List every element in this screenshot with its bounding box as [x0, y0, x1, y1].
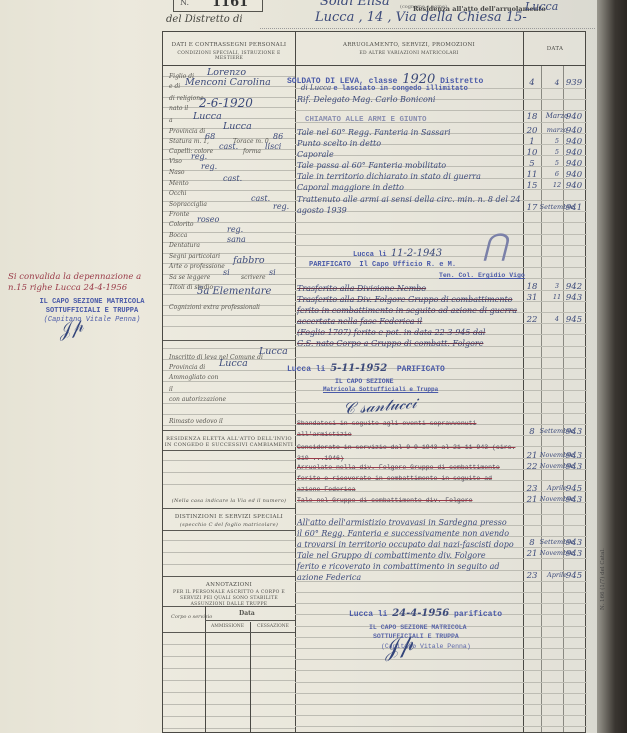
- margin-stamp: IL CAPO SEZIONE MATRICOLA SOTTUFFICIALI …: [22, 298, 162, 325]
- record-number: 1161: [212, 0, 248, 10]
- field-label-authorization: con autorizzazione: [169, 396, 226, 403]
- service-entry-text: Considerato in servizio dal 9-9-1943 al …: [297, 442, 521, 464]
- field-label-forehead: Fronte: [169, 211, 189, 218]
- field-value-reads: si: [223, 268, 230, 277]
- field-value-profession: fabbro: [233, 255, 265, 266]
- service-entry-text: Tale nel Gruppo di combattimento div. Fo…: [297, 551, 521, 560]
- entry-year: 940: [561, 148, 587, 158]
- distretto-label: del Distretto di: [166, 14, 243, 25]
- entry-year: 943: [561, 549, 587, 559]
- entry-year: 942: [561, 282, 587, 292]
- entry-year: 940: [561, 170, 587, 180]
- ruled-line: [163, 414, 295, 415]
- field-value-eyebrows: cast.: [251, 194, 270, 203]
- service-entry-text: Trasferito alla Divisione Nembo: [297, 284, 521, 293]
- residence-section-title: RESIDENZA ELETTA ALL'ATTO DELL'INVIO IN …: [163, 436, 295, 448]
- ruled-line: [163, 381, 295, 382]
- ruled-line: [163, 472, 295, 473]
- service-entry-text: a trovarsi in territorio occupato dai na…: [297, 540, 521, 549]
- section-divider: [163, 606, 295, 607]
- field-value-mother: Menconi Carolina: [185, 77, 271, 88]
- field-label-eyes: Occhi: [169, 190, 186, 197]
- entry-year: 943: [561, 293, 587, 303]
- field-label-writes: scrivere: [241, 274, 266, 281]
- entry-year: 943: [561, 451, 587, 461]
- service-entry-text: G.S. nato Corpo a Gruppo di combatt. Fol…: [297, 339, 521, 348]
- section-divider: [163, 508, 295, 509]
- entry-year: 945: [561, 315, 587, 325]
- margin-convalidation-note: Si convalida la depennazione a n.15 righ…: [8, 272, 158, 294]
- service-entry-1: di Lucca e lasciato in congedo illimitat…: [301, 84, 468, 93]
- section-divider: [163, 632, 295, 633]
- service-entry-text: Tale in territorio dichiarato in stato d…: [297, 172, 521, 181]
- field-value-forehead: reg.: [273, 202, 289, 211]
- field-label-complexion: Colorito: [169, 221, 194, 228]
- ruled-line: [163, 704, 295, 705]
- entry-year: 940: [561, 159, 587, 169]
- service-entry-text: All'atto dell'armistizio trovavasi in Sa…: [297, 518, 521, 527]
- ruled-line: [295, 603, 587, 604]
- entry-year: 940: [561, 181, 587, 191]
- field-value-mouth: reg.: [227, 225, 243, 234]
- service-entry-3: CHIAMATO ALLE ARMI E GIUNTO: [305, 116, 427, 124]
- ruled-line: [295, 222, 587, 223]
- field-value-nose: reg.: [201, 162, 217, 171]
- service-entry-text: azione Federica: [297, 573, 521, 582]
- entry-year: 940: [561, 126, 587, 136]
- ruled-line: [163, 540, 295, 541]
- service-entry-text: Tale nel Gruppo di combattimento div. Fo…: [297, 497, 521, 504]
- field-label-married: Ammogliato con: [169, 374, 218, 381]
- service-entry-text: Punto scelto in detto: [297, 139, 521, 148]
- field-label-mouth: Bocca: [169, 232, 187, 239]
- field-label-chin: Mento: [169, 180, 189, 187]
- field-value-province: Lucca: [223, 121, 252, 132]
- annotations-section-title: ANNOTAZIONI: [163, 582, 295, 588]
- personal-header-subtitle: CONDIZIONI SPECIALI, ISTRUZIONE E MESTIE…: [163, 51, 295, 61]
- column-divider: [295, 32, 296, 732]
- entry-year: 939: [561, 78, 587, 88]
- field-value-levy-comune: Lucca: [259, 346, 288, 357]
- field-value-birthplace: Lucca: [193, 111, 222, 122]
- ruled-line: [163, 326, 295, 327]
- entry-year: 940: [561, 112, 587, 122]
- section-divider: [163, 576, 295, 577]
- ruled-line: [163, 315, 295, 316]
- field-label-nose: Naso: [169, 169, 185, 176]
- ruled-line: [295, 357, 587, 358]
- service-entry-text: Caporale: [297, 150, 521, 159]
- ruled-line: [163, 564, 295, 565]
- section-divider: [163, 430, 295, 431]
- field-label-birthdate: nato il: [169, 105, 188, 112]
- ruled-line: [163, 644, 295, 645]
- field-label-levy-province: Provincia di: [169, 364, 205, 371]
- number-label: N.: [180, 0, 189, 7]
- ruled-line: [295, 402, 587, 403]
- field-value-height: 68: [205, 132, 215, 141]
- ruled-line: [295, 670, 587, 671]
- service-entry-text: ferito e ricoverato in combattimento in …: [297, 562, 521, 571]
- field-label-levy-comune: Inscritto di leva nel Comune di: [169, 354, 263, 361]
- entry-year: 945: [561, 484, 587, 494]
- service-record-form: DATI E CONTRASSEGNI PERSONALI CONDIZIONI…: [162, 31, 586, 733]
- distinctions-section-subtitle: (specchio C del foglio matricolare): [163, 522, 295, 528]
- ruled-line: [295, 413, 587, 414]
- service-entry-text: Arruolato nella div. Folgore Gruppo di c…: [297, 464, 521, 471]
- field-label-eyebrows: Sopracciglia: [169, 201, 207, 208]
- field-label-widowed: Rimasto vedovo il: [169, 418, 223, 425]
- entry-year: 941: [561, 203, 587, 213]
- field-label-married-date: il: [169, 386, 173, 393]
- field-value-hair-form: lisci: [265, 142, 281, 151]
- field-value-face: reg.: [191, 152, 207, 161]
- annotation-col-ammissione: AMMISSIONE: [211, 624, 244, 629]
- ruled-line: [163, 159, 295, 160]
- ruled-line: [163, 680, 295, 681]
- ruled-line: [295, 245, 587, 246]
- annotation-col-data: Data: [239, 610, 255, 617]
- ruled-line: [295, 514, 587, 515]
- field-label-hair-form: forma: [243, 148, 261, 155]
- service-entry-text: (Foglio 1707) ferito e pot. in data 22-3…: [297, 328, 521, 337]
- field-label-profession: Arte o professione: [169, 263, 225, 270]
- catalog-number: N. 166 (1/7) del Catal.: [600, 548, 606, 610]
- service-entry-text: Trasferito alla Div. Folgore Gruppo di c…: [297, 295, 521, 304]
- annotation-col-cessazione: CESSAZIONE: [257, 624, 289, 629]
- service-entry-text: ferito in combattimento in seguito ad az…: [297, 306, 521, 315]
- section-divider: [163, 530, 295, 531]
- section-divider: [163, 450, 295, 451]
- field-label-birthplace: a: [169, 117, 173, 124]
- service-entry-text: Sbandatosi in seguito agli eventi soprav…: [297, 418, 521, 440]
- ruled-line: [163, 668, 295, 669]
- field-value-birthdate: 2-6-1920: [199, 96, 253, 110]
- ruled-line: [163, 716, 295, 717]
- field-value-chest: 86: [273, 132, 283, 141]
- entry-year: 943: [561, 427, 587, 437]
- form-header-row: DATI E CONTRASSEGNI PERSONALI CONDIZIONI…: [163, 32, 585, 66]
- ruled-line: [163, 118, 295, 119]
- entry-year: 940: [561, 137, 587, 147]
- field-label-extra-skills: Cognizioni extra professionali: [169, 304, 260, 311]
- ruled-line: [163, 728, 295, 729]
- ruled-line: [295, 704, 587, 705]
- record-number-box: N. 1161: [173, 0, 263, 12]
- surname-handwritten: Soldi Elisa: [320, 0, 390, 9]
- margin-stamp-line: (Capitano Vitale Penna): [22, 316, 162, 325]
- ruled-line: [295, 682, 587, 683]
- distretto-underline: [260, 28, 595, 29]
- date-column-header: DATA: [523, 32, 587, 66]
- service-entry-text: Tale nel 60° Regg. Fanteria in Sassari: [297, 128, 521, 137]
- field-value-education: 5a Elementare: [197, 286, 271, 297]
- service-entry-2: Rif. Delegato Mag. Carlo Boniconi: [297, 95, 435, 104]
- ruled-line: [163, 656, 295, 657]
- field-value-teeth: sana: [227, 235, 246, 244]
- margin-stamp-line: IL CAPO SEZIONE MATRICOLA: [22, 298, 162, 307]
- ruled-line: [163, 425, 295, 426]
- field-label-teeth: Dentatura: [169, 242, 200, 249]
- service-entry-text: azione Federica: [297, 486, 521, 493]
- ruled-line: [163, 460, 295, 461]
- binding-shadow: [597, 0, 627, 733]
- ruled-line: [163, 552, 295, 553]
- service-entry-text: Caporal maggiore in detto: [297, 183, 521, 192]
- service-header-subtitle: ED ALTRE VARIAZIONI MATRICOLARI: [295, 51, 523, 56]
- entry-year: 943: [561, 495, 587, 505]
- ruled-line: [295, 726, 587, 727]
- field-value-hair-color: cast.: [219, 142, 238, 151]
- service-entry-text: accertata nella fase Federica il: [297, 317, 521, 326]
- residence-note: (Nella casa indicare la Via ed il numero…: [163, 498, 295, 504]
- field-value-eyes: cast.: [223, 174, 242, 183]
- signature-1952: 𝒞 𝓈𝒶𝓃𝓉𝓊𝒸𝒸𝒾: [342, 393, 417, 419]
- entry-year: 943: [561, 462, 587, 472]
- ruled-line: [295, 693, 587, 694]
- ruled-line: [163, 484, 295, 485]
- service-entry-text: Tale passa al 60° Fanteria mobilitato: [297, 161, 521, 170]
- personal-column-header: DATI E CONTRASSEGNI PERSONALI CONDIZIONI…: [163, 32, 295, 66]
- ruled-line: [163, 392, 295, 393]
- ruled-line: [163, 692, 295, 693]
- margin-stamp-line: SOTTUFFICIALI E TRUPPA: [22, 307, 162, 316]
- ruled-line: [295, 659, 587, 660]
- distinctions-section-title: DISTINZIONI E SERVIZI SPECIALI: [163, 514, 295, 520]
- service-column-header: ARRUOLAMENTO, SERVIZI, PROMOZIONI ED ALT…: [295, 32, 523, 66]
- annotation-sub-divider: [205, 620, 295, 621]
- personal-header-title: DATI E CONTRASSEGNI PERSONALI: [172, 42, 287, 48]
- annotation-col-divider: [250, 622, 251, 732]
- signature-scrawl: ⋂: [483, 228, 508, 263]
- service-entry-text: Trattenuto alle armi ai sensi della circ…: [297, 194, 521, 216]
- field-label-face: Viso: [169, 158, 182, 165]
- ruled-line: [295, 715, 587, 716]
- field-label-province: Provincia di: [169, 128, 205, 135]
- date-header-title: DATA: [547, 46, 564, 52]
- residenza-value: Lucca: [525, 0, 558, 13]
- field-label-marks: Segni particolari: [169, 253, 220, 260]
- section-divider: [163, 340, 295, 341]
- ruled-line: [295, 234, 587, 235]
- field-value-writes: si: [269, 268, 276, 277]
- field-label-height: Statura m. 1,: [169, 138, 209, 145]
- entry-year: 943: [561, 538, 587, 548]
- service-header-title: ARRUOLAMENTO, SERVIZI, PROMOZIONI: [343, 42, 475, 48]
- annotation-col-divider: [205, 606, 206, 732]
- ruled-line: [295, 592, 587, 593]
- field-value-levy-province: Lucca: [219, 358, 248, 369]
- service-entry-text: il 60° Regg. Fanteria e successivamente …: [297, 529, 521, 538]
- entry-year: 945: [561, 571, 587, 581]
- service-entry-text: ferito e ricoverato in combattimento in …: [297, 475, 521, 482]
- field-label-mother: e di: [169, 83, 180, 90]
- field-label-reads: Sa se leggere: [169, 274, 210, 281]
- ruled-line: [163, 403, 295, 404]
- field-value-complexion: roseo: [197, 215, 219, 224]
